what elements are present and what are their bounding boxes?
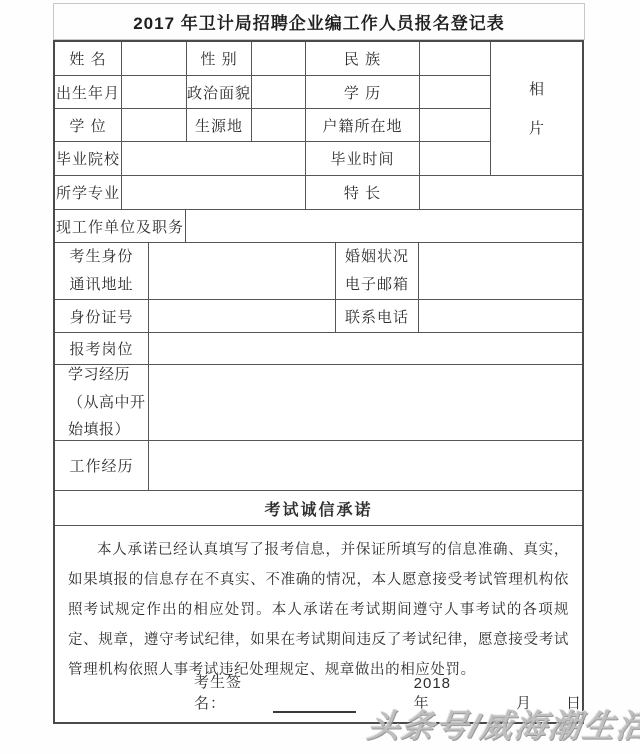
- origin-place-value-cell: [252, 109, 306, 141]
- row-school-gradtime: 毕业院校 毕业时间: [55, 142, 491, 175]
- contact-phone-value-cell: [419, 300, 582, 332]
- degree-label: 学 位: [55, 109, 122, 141]
- row-identity-address-marital-email: 考生身份 通讯地址 婚姻状况 电子邮箱: [55, 243, 582, 300]
- major-label: 所学专业: [55, 176, 122, 209]
- origin-place-label: 生源地: [187, 109, 252, 141]
- gender-value-cell: [252, 42, 306, 75]
- current-employer-value-cell: [186, 210, 582, 242]
- specialty-label: 特 长: [306, 176, 420, 209]
- photo-label: 相 片: [529, 70, 544, 148]
- candidate-identity-address-label: 考生身份 通讯地址: [55, 243, 149, 299]
- graduate-school-value-cell: [122, 142, 306, 175]
- registration-table: 姓 名 性 别 民 族 出生年月 政治面貌 学 历 学 位 生源地 户籍: [53, 40, 584, 724]
- household-registration-label: 户籍所在地: [306, 109, 420, 141]
- scanned-form-page: { "title": "2017 年卫计局招聘企业编工作人员报名登记表", "f…: [0, 0, 640, 754]
- contact-phone-label: 联系电话: [336, 300, 419, 332]
- graduate-school-label: 毕业院校: [55, 142, 122, 175]
- birth-date-value-cell: [122, 76, 187, 108]
- study-experience-text: 学习经历 （从高中开 始填报）: [68, 361, 146, 444]
- signature-label: 考生签名：: [194, 671, 271, 713]
- candidate-identity-address-value-cell: [149, 243, 336, 299]
- row-id-phone: 身份证号 联系电话: [55, 300, 582, 333]
- ethnicity-value-cell: [420, 42, 491, 75]
- pledge-body: 本人承诺已经认真填写了报考信息，并保证所填写的信息准确、真实，如果填报的信息存在…: [55, 526, 582, 685]
- photo-cell: 相 片: [491, 42, 582, 175]
- marital-email-text: 婚姻状况 电子邮箱: [345, 243, 409, 299]
- work-experience-value-cell: [149, 441, 582, 490]
- candidate-identity-address-text: 考生身份 通讯地址: [69, 243, 133, 299]
- row-name-gender-ethnicity: 姓 名 性 别 民 族: [55, 42, 491, 76]
- ethnicity-label: 民 族: [306, 42, 420, 75]
- row-degree-origin-household: 学 位 生源地 户籍所在地: [55, 109, 491, 142]
- graduation-time-value-cell: [420, 142, 491, 175]
- education-value-cell: [420, 76, 491, 108]
- major-value-cell: [122, 176, 306, 209]
- name-label: 姓 名: [55, 42, 122, 75]
- marital-email-value-cell: [419, 243, 582, 299]
- row-study-experience: 学习经历 （从高中开 始填报）: [55, 365, 582, 441]
- signature-line: [273, 700, 356, 713]
- top-section: 姓 名 性 别 民 族 出生年月 政治面貌 学 历 学 位 生源地 户籍: [55, 42, 582, 176]
- row-current-employer: 现工作单位及职务: [55, 210, 582, 243]
- political-status-value-cell: [252, 76, 306, 108]
- watermark: 头条号/威海潮生活: [365, 701, 640, 747]
- pledge-section: 本人承诺已经认真填写了报考信息，并保证所填写的信息准确、真实，如果填报的信息存在…: [55, 526, 582, 722]
- work-experience-label: 工作经历: [55, 441, 149, 490]
- row-birth-political-education: 出生年月 政治面貌 学 历: [55, 76, 491, 109]
- political-status-label: 政治面貌: [187, 76, 252, 108]
- row-pledge-header: 考试诚信承诺: [55, 491, 582, 526]
- graduation-time-label: 毕业时间: [306, 142, 420, 175]
- birth-date-label: 出生年月: [55, 76, 122, 108]
- degree-value-cell: [122, 109, 187, 141]
- id-number-label: 身份证号: [55, 300, 149, 332]
- applied-position-label: 报考岗位: [55, 333, 149, 364]
- household-registration-value-cell: [420, 109, 491, 141]
- gender-label: 性 别: [187, 42, 252, 75]
- pledge-title: 考试诚信承诺: [55, 491, 582, 525]
- study-experience-value-cell: [149, 365, 582, 440]
- id-number-value-cell: [149, 300, 336, 332]
- name-value-cell: [122, 42, 187, 75]
- top-section-left: 姓 名 性 别 民 族 出生年月 政治面貌 学 历 学 位 生源地 户籍: [55, 42, 491, 175]
- study-experience-label: 学习经历 （从高中开 始填报）: [55, 365, 149, 440]
- row-work-experience: 工作经历: [55, 441, 582, 491]
- form-title: 2017 年卫计局招聘企业编工作人员报名登记表: [53, 3, 585, 40]
- applied-position-value-cell: [149, 333, 582, 364]
- specialty-value-cell: [420, 176, 582, 209]
- current-employer-label: 现工作单位及职务: [55, 210, 186, 242]
- education-label: 学 历: [306, 76, 420, 108]
- marital-email-label: 婚姻状况 电子邮箱: [336, 243, 419, 299]
- row-major-specialty: 所学专业 特 长: [55, 176, 582, 210]
